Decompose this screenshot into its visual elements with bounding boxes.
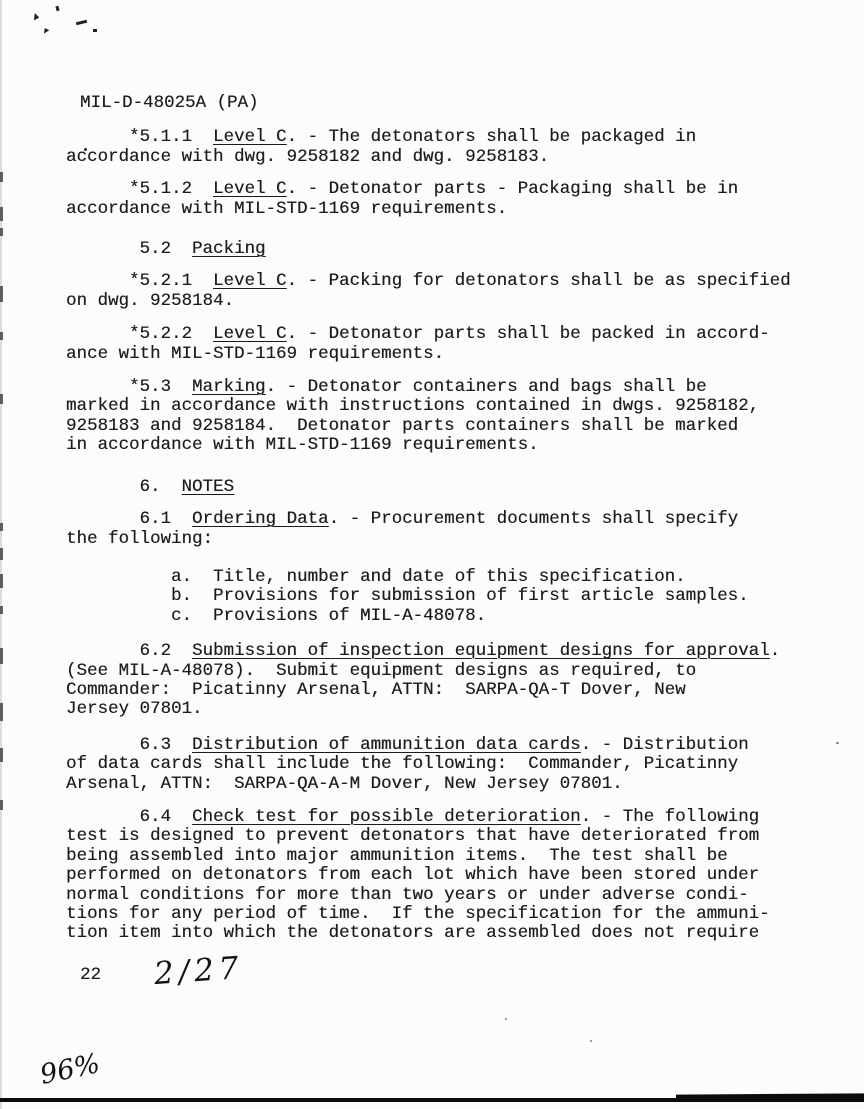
text-segment: b. Provisions for submission of first ar… — [66, 586, 749, 606]
text-segment: tions for any period of time. If the spe… — [66, 904, 770, 924]
text-segment: 6.2 — [66, 641, 192, 661]
scan-edge-mark — [0, 574, 3, 588]
ink-speck — [93, 29, 97, 32]
para-5-2-2: *5.2.2 Level C. - Detonator parts shall … — [66, 325, 791, 364]
text-segment: of data cards shall include the followin… — [66, 754, 738, 774]
text-line: c. Provisions of MIL-A-48078. — [66, 607, 791, 626]
ink-speck — [42, 27, 50, 35]
ink-speck — [836, 742, 839, 744]
underlined-heading: Distribution of ammunition data cards — [192, 735, 581, 755]
underlined-heading: Level C — [213, 179, 287, 199]
scan-edge-mark — [0, 523, 3, 531]
text-line: Arsenal, ATTN: SARPA-QA-A-M Dover, New J… — [66, 775, 791, 794]
text-line: performed on detonators from each lot wh… — [66, 866, 791, 885]
para-6-2: 6.2 Submission of inspection equipment d… — [66, 642, 791, 720]
text-segment: . - The following — [581, 807, 760, 827]
text-segment: . - Packing for detonators shall be as s… — [287, 271, 791, 291]
text-segment: *5.3 — [66, 377, 192, 397]
scan-edge-mark — [0, 286, 3, 302]
document-body: MIL-D-48025A (PA) *5.1.1 Level C. - The … — [66, 94, 791, 944]
text-line: the following: — [66, 530, 791, 549]
text-segment: *5.1.2 — [66, 179, 213, 199]
text-segment: 6.3 — [66, 735, 192, 755]
scan-edge-mark — [0, 548, 3, 560]
underlined-heading: Marking — [192, 377, 266, 397]
text-segment: *5.2.2 — [66, 324, 213, 344]
underlined-heading: Submission of inspection equipment desig… — [192, 641, 770, 661]
para-5-2-1: *5.2.1 Level C. - Packing for detonators… — [66, 272, 791, 311]
ink-speck — [55, 6, 59, 12]
text-line: marked in accordance with instructions c… — [66, 397, 791, 416]
text-line: *5.1.2 Level C. - Detonator parts - Pack… — [66, 180, 791, 199]
para-5-2: 5.2 Packing — [66, 240, 791, 259]
text-segment: 9258183 and 9258184. Detonator parts con… — [66, 416, 738, 436]
text-line: 6. NOTES — [66, 478, 791, 497]
text-segment: accordance with dwg. 9258182 and dwg. 92… — [66, 147, 549, 167]
text-line: of data cards shall include the followin… — [66, 755, 791, 774]
text-segment: being assembled into major ammunition it… — [66, 846, 728, 866]
document-id-header: MIL-D-48025A (PA) — [80, 94, 791, 113]
text-line: accordance with MIL-STD-1169 requirement… — [66, 200, 791, 219]
text-segment: . - Detonator parts shall be packed in a… — [287, 324, 770, 344]
para-5-1-2: *5.1.2 Level C. - Detonator parts - Pack… — [66, 180, 791, 219]
handwritten-corner-mark: 96% — [37, 1048, 102, 1091]
text-line: ance with MIL-STD-1169 requirements. — [66, 345, 791, 364]
text-line: tions for any period of time. If the spe… — [66, 905, 791, 924]
underlined-heading: Ordering Data — [192, 509, 329, 529]
text-line: normal conditions for more than two year… — [66, 886, 791, 905]
text-segment: 5.2 — [66, 239, 192, 259]
text-segment: ance with MIL-STD-1169 requirements. — [66, 344, 444, 364]
scan-edge-mark — [0, 394, 3, 404]
list-abc: a. Title, number and date of this specif… — [66, 568, 791, 626]
text-segment: . — [770, 641, 781, 661]
text-line: being assembled into major ammunition it… — [66, 847, 791, 866]
text-segment: marked in accordance with instructions c… — [66, 396, 759, 416]
text-segment: Jersey 07801. — [66, 699, 203, 719]
ink-speck — [76, 20, 87, 26]
text-segment: . - The detonators shall be packaged in — [287, 127, 697, 147]
text-segment: *5.2.1 — [66, 271, 213, 291]
text-segment: normal conditions for more than two year… — [66, 885, 749, 905]
scan-edge-mark — [0, 332, 3, 340]
text-line: Commander: Picatinny Arsenal, ATTN: SARP… — [66, 681, 791, 700]
underlined-heading: Packing — [192, 239, 266, 259]
ink-speck — [505, 1018, 507, 1020]
text-segment: a. Title, number and date of this specif… — [66, 567, 686, 587]
text-line: in accordance with MIL-STD-1169 requirem… — [66, 436, 791, 455]
text-segment: 6. — [66, 477, 182, 497]
text-line: 6.3 Distribution of ammunition data card… — [66, 736, 791, 755]
para-5-1-1: *5.1.1 Level C. - The detonators shall b… — [66, 128, 791, 167]
text-segment: 6.4 — [66, 807, 192, 827]
underlined-heading: NOTES — [182, 477, 235, 497]
text-segment: tion item into which the detonators are … — [66, 923, 759, 943]
text-line: accordance with dwg. 9258182 and dwg. 92… — [66, 148, 791, 167]
underlined-heading: Level C — [213, 324, 287, 344]
scan-edge-mark — [0, 748, 3, 762]
text-segment: performed on detonators from each lot wh… — [66, 865, 759, 885]
para-5-3: *5.3 Marking. - Detonator containers and… — [66, 378, 791, 456]
text-line: tion item into which the detonators are … — [66, 924, 791, 943]
text-segment: 6.1 — [66, 509, 192, 529]
text-line: Jersey 07801. — [66, 700, 791, 719]
text-line: 6.1 Ordering Data. - Procurement documen… — [66, 510, 791, 529]
text-segment: (See MIL-A-48078). Submit equipment desi… — [66, 661, 696, 681]
text-segment: test is designed to prevent detonators t… — [66, 826, 759, 846]
text-line: b. Provisions for submission of first ar… — [66, 587, 791, 606]
para-6-4: 6.4 Check test for possible deterioratio… — [66, 808, 791, 944]
scan-edge-mark — [0, 172, 3, 182]
scan-edge-mark — [0, 207, 3, 221]
text-segment: *5.1.1 — [66, 127, 213, 147]
para-6-3: 6.3 Distribution of ammunition data card… — [66, 736, 791, 794]
page-number: 22 — [80, 965, 101, 985]
underlined-heading: Level C — [213, 271, 287, 291]
text-line: *5.3 Marking. - Detonator containers and… — [66, 378, 791, 397]
underlined-heading: Check test for possible deterioration — [192, 807, 581, 827]
handwritten-page-note: 2/27 — [153, 950, 245, 992]
scan-edge-mark — [0, 228, 3, 236]
para-6: 6. NOTES — [66, 478, 791, 497]
text-segment: the following: — [66, 529, 213, 549]
text-line: on dwg. 9258184. — [66, 292, 791, 311]
text-segment: accordance with MIL-STD-1169 requirement… — [66, 199, 507, 219]
text-segment: . - Detonator containers and bags shall … — [266, 377, 707, 397]
text-line: test is designed to prevent detonators t… — [66, 827, 791, 846]
text-segment: Commander: Picatinny Arsenal, ATTN: SARP… — [66, 680, 686, 700]
text-line: 6.2 Submission of inspection equipment d… — [66, 642, 791, 661]
text-line: *5.2.2 Level C. - Detonator parts shall … — [66, 325, 791, 344]
text-line: a. Title, number and date of this specif… — [66, 568, 791, 587]
text-segment: . - Detonator parts - Packaging shall be… — [287, 179, 739, 199]
ink-speck — [32, 13, 40, 22]
text-segment: Arsenal, ATTN: SARPA-QA-A-M Dover, New J… — [66, 774, 623, 794]
text-line: 9258183 and 9258184. Detonator parts con… — [66, 417, 791, 436]
text-line: *5.1.1 Level C. - The detonators shall b… — [66, 128, 791, 147]
para-6-1: 6.1 Ordering Data. - Procurement documen… — [66, 510, 791, 549]
text-segment: c. Provisions of MIL-A-48078. — [66, 606, 486, 626]
scan-edge-mark — [0, 648, 3, 664]
scan-edge-mark — [0, 606, 3, 614]
scanned-document-page: MIL-D-48025A (PA) *5.1.1 Level C. - The … — [0, 0, 864, 1109]
text-line: 5.2 Packing — [66, 240, 791, 259]
text-line: (See MIL-A-48078). Submit equipment desi… — [66, 662, 791, 681]
text-segment: . - Distribution — [581, 735, 749, 755]
scan-edge-mark — [0, 800, 3, 810]
text-line: *5.2.1 Level C. - Packing for detonators… — [66, 272, 791, 291]
text-line: 6.4 Check test for possible deterioratio… — [66, 808, 791, 827]
text-segment: in accordance with MIL-STD-1169 requirem… — [66, 435, 539, 455]
scan-edge-mark — [0, 703, 3, 721]
text-segment: on dwg. 9258184. — [66, 291, 234, 311]
ink-speck — [590, 1040, 592, 1042]
text-segment: . - Procurement documents shall specify — [329, 509, 739, 529]
underlined-heading: Level C — [213, 127, 287, 147]
